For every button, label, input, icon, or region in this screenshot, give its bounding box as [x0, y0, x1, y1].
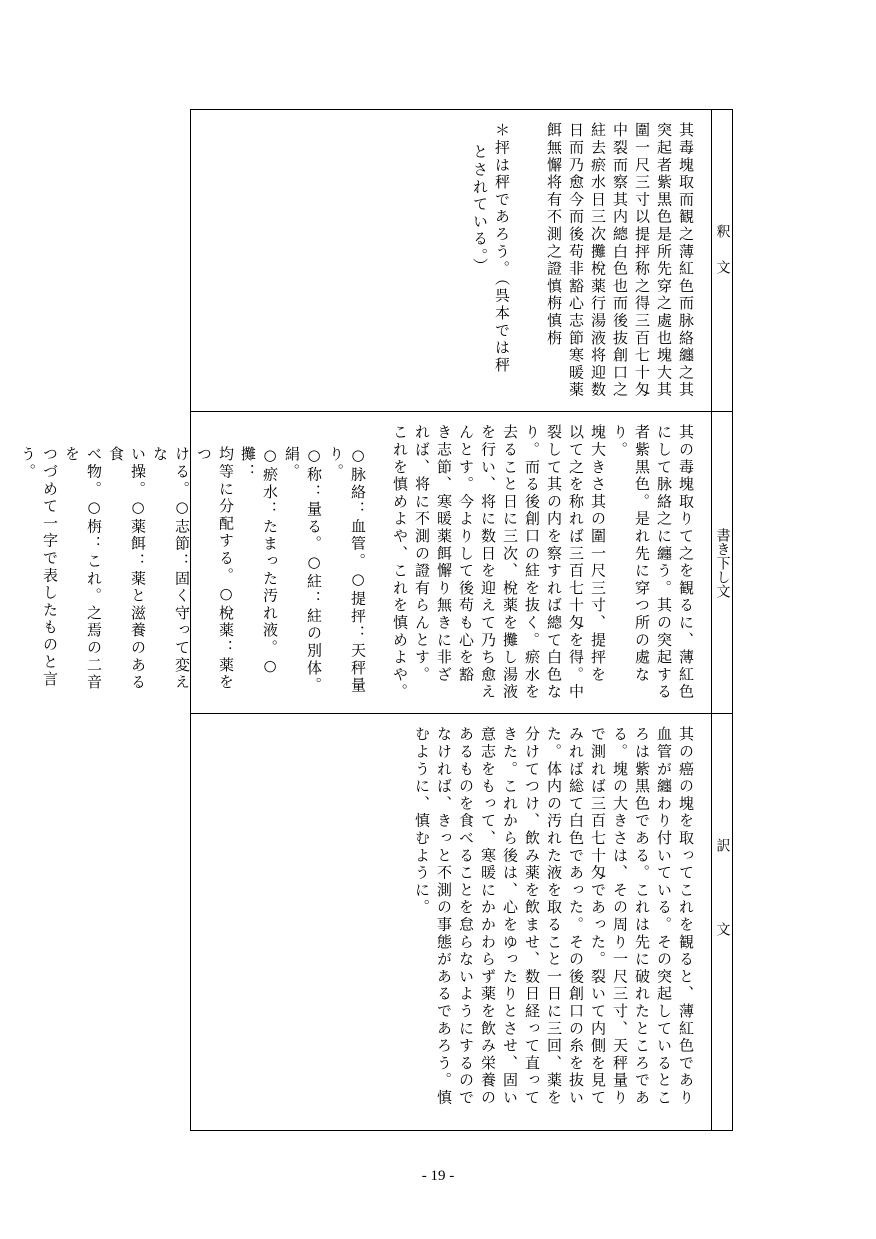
- text-line: で測れば三百七十匁であった。裂いて内側を見て: [587, 726, 609, 1120]
- text-line: 日而乃愈今而後苟非豁心志節寒暖薬: [565, 122, 587, 401]
- text-line: なければ、きっと不測の事態があるであろう。慎: [433, 726, 455, 1120]
- page-number: - 19 -: [0, 1168, 876, 1185]
- note-line: う。: [17, 424, 39, 703]
- note-line: つづめて一字で表したものと言: [39, 424, 61, 703]
- note-line: 均等に分配する。○梲薬：薬をつ: [193, 424, 237, 703]
- text-line: んとす。今よりして後苟も心を豁: [455, 424, 477, 703]
- text-line: 意志をもって、寒暖にかかわらず薬を飲み栄養の: [477, 726, 499, 1120]
- label-cell-kakikudashi: 書き下し文: [711, 412, 732, 713]
- row-kakikudashi: 書き下し文 其の毒塊取りて之を観るに、薄紅色 にして脉絡之に纏う。其の突起する …: [191, 412, 732, 714]
- text-line: れば、将に不測の證有らんとす。: [411, 424, 433, 703]
- text-line: 餌無懈将有不測之證慎栴慎栴: [543, 122, 565, 401]
- row-label: 訳文: [712, 838, 733, 1006]
- footnote-line: ＊抨は秤であろう。（呉本では秤: [491, 122, 513, 401]
- text-line: きた。これから後は、心をゆったりとさせ、固い: [499, 726, 521, 1120]
- note-line: い操。○薬餌：薬と滋養のある食: [105, 424, 149, 703]
- text-line: 以て之を称れば三百七十匁を得。中: [565, 424, 587, 703]
- text-line: る。塊の大きさは、その周り一尺三寸、天秤量り: [609, 726, 631, 1120]
- text-line: 者紫黒色。是れ先に穿つ所の處なり。: [609, 424, 653, 703]
- text-line: 其毒塊取而観之薄紅色而脉絡纏之其: [675, 122, 697, 401]
- text-line: 分けてつけ、飲み薬を飲ませ、数日経って直って: [521, 726, 543, 1120]
- text-line: 去ること日に三次、梲薬を攤し湯液: [499, 424, 521, 703]
- text-line: た。体内の汚れた液を取ること一日に三回、薬を: [543, 726, 565, 1120]
- text-line: き志節、寒暖薬餌懈り無きに非ざ: [433, 424, 455, 703]
- content-cell-yakubun: 其の癌の塊を取ってこれを観ると、薄紅色であり 血管が纏わり付いている。その突起し…: [191, 714, 711, 1130]
- row-label: 釈文: [712, 224, 733, 297]
- note-line: べ物。○栴：これ。之焉の二音を: [61, 424, 105, 703]
- text-line: 突起者紫黒色是所先穿之處也塊大其: [653, 122, 675, 401]
- text-line: これを慎めよや、これを慎めよや。: [389, 424, 411, 703]
- text-line: 中裂而察其内總白色也而後抜創口之: [609, 122, 631, 401]
- note-line: ける。○志節：固く守って変えな: [149, 424, 193, 703]
- content-cell-shakubun: 其毒塊取而観之薄紅色而脉絡纏之其 突起者紫黒色是所先穿之處也塊大其 圍一尺三寸以…: [191, 110, 711, 411]
- note-line: ○瘀水：たまった汚れ液。○攤：: [237, 424, 281, 703]
- note-line: ○称：量る。○紸：紸の別体。絹。: [281, 424, 325, 703]
- row-yakubun: 訳文 其の癌の塊を取ってこれを観ると、薄紅色であり 血管が纏わり付いている。その…: [191, 714, 732, 1130]
- text-line: を行い、将に数日を迎えて乃ち愈え: [477, 424, 499, 703]
- text-line: あるものを食べることを怠らないようにするので: [455, 726, 477, 1120]
- text-line: 裂して其の内を察すれば總て白色な: [543, 424, 565, 703]
- document-table: 釈文 其毒塊取而観之薄紅色而脉絡纏之其 突起者紫黒色是所先穿之處也塊大其 圍一尺…: [190, 109, 733, 1131]
- text-line: 圍一尺三寸以提抨称之得三百七十匁: [631, 122, 653, 401]
- text-line: 紸去瘀水日三次攤梲薬行湯液将迎数: [587, 122, 609, 401]
- text-line: 其の毒塊取りて之を観るに、薄紅色: [675, 424, 697, 703]
- text-line: 其の癌の塊を取ってこれを観ると、薄紅色であり: [675, 726, 697, 1120]
- footnote-line: とされている。）: [469, 122, 491, 401]
- text-line: にして脉絡之に纏う。其の突起する: [653, 424, 675, 703]
- row-label: 書き下し文: [712, 528, 733, 598]
- text-line: 血管が纏わり付いている。その突起しているとこ: [653, 726, 675, 1120]
- text-line: ろは紫黒色である。これは先に破れたところであ: [631, 726, 653, 1120]
- row-shakubun: 釈文 其毒塊取而観之薄紅色而脉絡纏之其 突起者紫黒色是所先穿之處也塊大其 圍一尺…: [191, 110, 732, 412]
- text-line: 塊大きさ其の圍一尺三寸、提抨を: [587, 424, 609, 703]
- text-line: り。而る後創口の紸を抜く。瘀水を: [521, 424, 543, 703]
- text-line: みれば総て白色であった。その後創口の糸を抜い: [565, 726, 587, 1120]
- note-line: ○脉絡：血管。○提抨：天秤量り。: [325, 424, 369, 703]
- label-cell-yakubun: 訳文: [711, 714, 732, 1130]
- content-cell-kakikudashi: 其の毒塊取りて之を観るに、薄紅色 にして脉絡之に纏う。其の突起する 者紫黒色。是…: [191, 412, 711, 713]
- text-line: むように、慎むように。: [411, 726, 433, 1120]
- label-cell-shakubun: 釈文: [711, 110, 732, 411]
